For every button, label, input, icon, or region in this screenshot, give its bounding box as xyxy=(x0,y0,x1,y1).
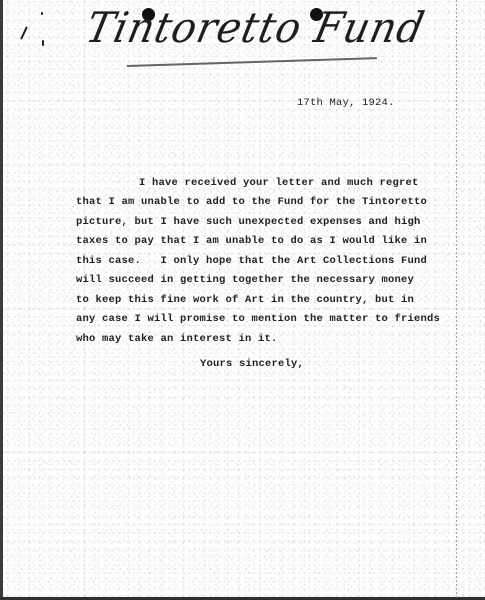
heading-underline xyxy=(127,57,377,67)
stray-pen-mark xyxy=(20,26,28,40)
body-line: picture, but I have such unexpected expe… xyxy=(76,216,421,228)
body-line: to keep this fine work of Art in the cou… xyxy=(76,294,414,306)
letter-date: 17th May, 1924. xyxy=(297,97,395,109)
scanned-letter-page: Tintoretto Fund 17th May, 1924. I have r… xyxy=(0,0,485,600)
body-line: who may take an interest in it. xyxy=(76,333,278,345)
letter-closing: Yours sincerely, xyxy=(200,358,304,370)
body-line: that I am unable to add to the Fund for … xyxy=(76,196,427,208)
body-line: any case I will promise to mention the m… xyxy=(76,313,440,325)
body-line: I have received your letter and much reg… xyxy=(139,177,419,189)
handwritten-heading: Tintoretto Fund xyxy=(82,4,429,52)
body-line: will succeed in getting together the nec… xyxy=(76,274,414,286)
page-left-edge xyxy=(0,0,3,600)
stray-dot xyxy=(41,12,43,15)
fold-line xyxy=(456,0,457,600)
body-line: taxes to pay that I am unable to do as I… xyxy=(76,235,427,247)
stray-dot xyxy=(42,40,44,46)
body-line: this case. I only hope that the Art Coll… xyxy=(76,255,427,267)
